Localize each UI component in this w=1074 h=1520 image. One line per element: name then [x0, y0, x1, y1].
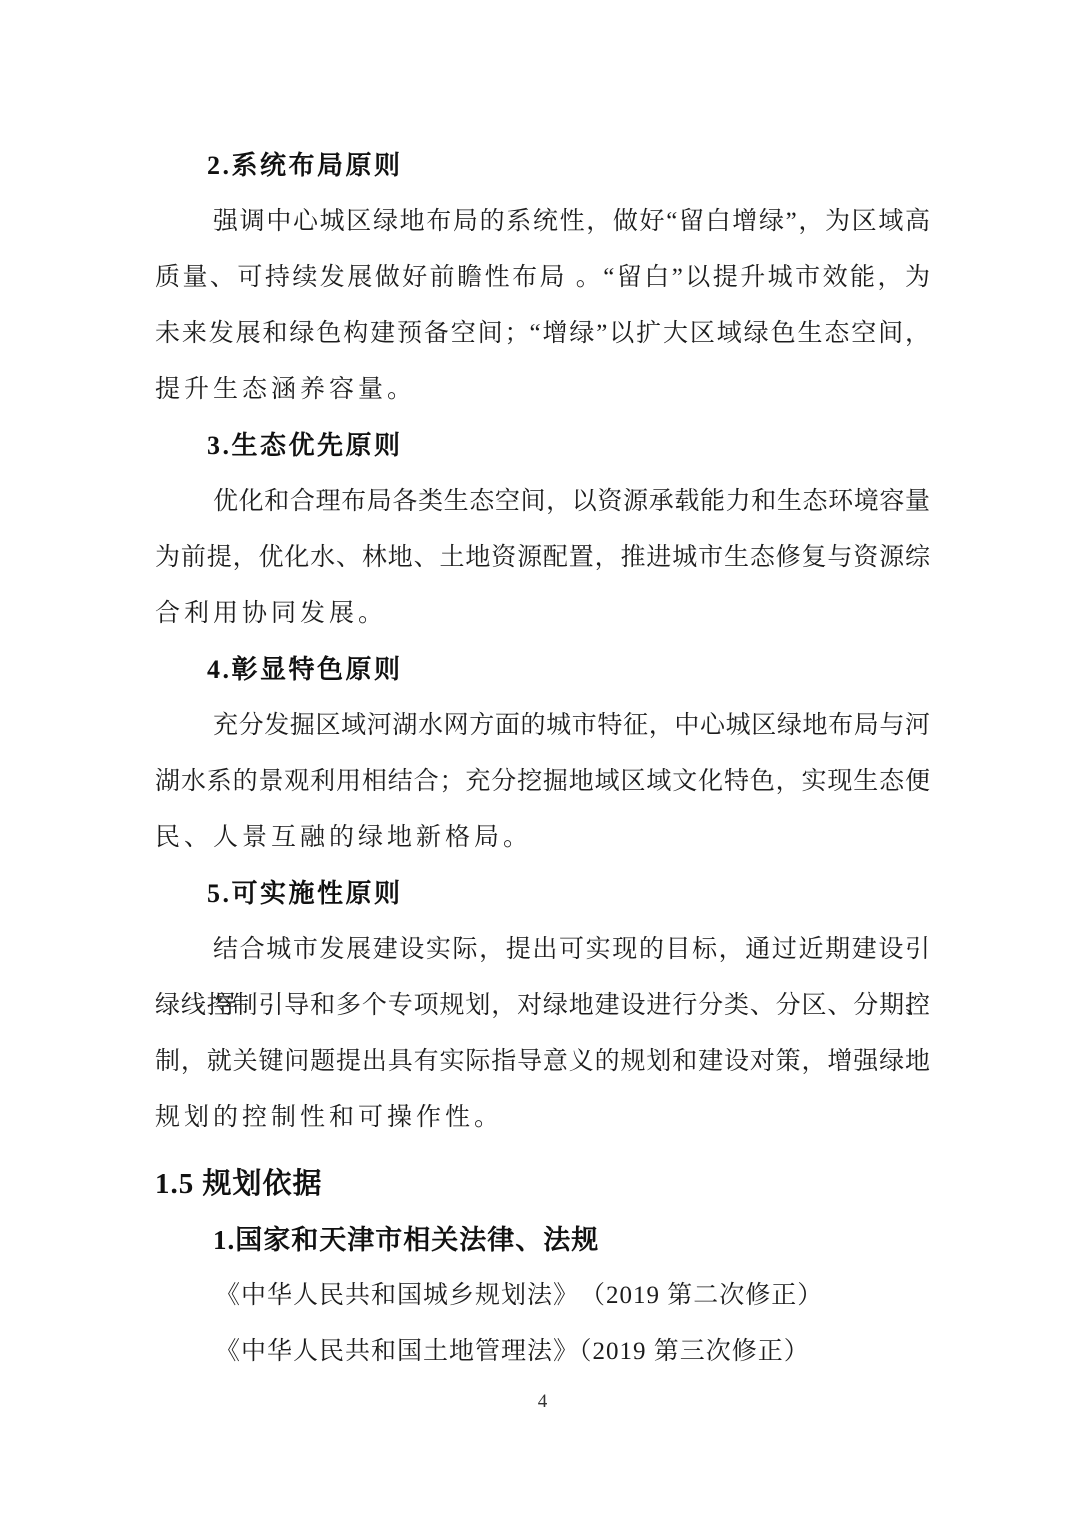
principle-heading: 5.可实施性原则 [155, 866, 930, 922]
principle-heading: 4.彰显特色原则 [155, 642, 930, 698]
principle-heading: 2.系统布局原则 [155, 138, 930, 194]
law-reference: 《中华人民共和国土地管理法》（2019 第三次修正） [155, 1324, 930, 1380]
section-heading: 1.5 规划依据 [155, 1156, 930, 1212]
body-line: 合利用协同发展。 [155, 586, 930, 642]
principle-heading: 3.生态优先原则 [155, 418, 930, 474]
subsection-heading: 1.国家和天津市相关法律、法规 [155, 1212, 930, 1268]
section-principle-2: 2.系统布局原则 强调中心城区绿地布局的系统性，做好“留白增绿”，为区域高 质量… [155, 138, 930, 418]
body-line: 为前提，优化水、林地、土地资源配置，推进城市生态修复与资源综 [155, 530, 930, 586]
section-principle-3: 3.生态优先原则 优化和合理布局各类生态空间，以资源承载能力和生态环境容量 为前… [155, 418, 930, 642]
document-page: 2.系统布局原则 强调中心城区绿地布局的系统性，做好“留白增绿”，为区域高 质量… [0, 0, 1074, 1520]
body-line: 质量、可持续发展做好前瞻性布局 。“留白”以提升城市效能，为 [155, 250, 930, 306]
section-principle-4: 4.彰显特色原则 充分发掘区域河湖水网方面的城市特征，中心城区绿地布局与河 湖水… [155, 642, 930, 866]
section-principle-5: 5.可实施性原则 结合城市发展建设实际，提出可实现的目标，通过近期建设引导、 绿… [155, 866, 930, 1146]
body-line: 制，就关键问题提出具有实际指导意义的规划和建设对策，增强绿地 [155, 1034, 930, 1090]
body-line: 结合城市发展建设实际，提出可实现的目标，通过近期建设引导、 [155, 922, 930, 978]
body-line: 未来发展和绿色构建预备空间；“增绿”以扩大区域绿色生态空间， [155, 306, 930, 362]
body-line: 充分发掘区域河湖水网方面的城市特征，中心城区绿地布局与河 [155, 698, 930, 754]
body-line: 提升生态涵养容量。 [155, 362, 930, 418]
body-line: 规划的控制性和可操作性。 [155, 1090, 930, 1146]
body-line: 强调中心城区绿地布局的系统性，做好“留白增绿”，为区域高 [155, 194, 930, 250]
section-planning-basis: 1.5 规划依据 1.国家和天津市相关法律、法规 《中华人民共和国城乡规划法》 … [155, 1156, 930, 1380]
law-reference: 《中华人民共和国城乡规划法》 （2019 第二次修正） [155, 1268, 930, 1324]
page-number: 4 [155, 1382, 930, 1422]
body-line: 绿线控制引导和多个专项规划，对绿地建设进行分类、分区、分期控 [155, 978, 930, 1034]
body-line: 湖水系的景观利用相结合；充分挖掘地域区域文化特色，实现生态便 [155, 754, 930, 810]
body-line: 优化和合理布局各类生态空间，以资源承载能力和生态环境容量 [155, 474, 930, 530]
body-line: 民、人景互融的绿地新格局。 [155, 810, 930, 866]
page-content: 2.系统布局原则 强调中心城区绿地布局的系统性，做好“留白增绿”，为区域高 质量… [155, 138, 930, 1380]
